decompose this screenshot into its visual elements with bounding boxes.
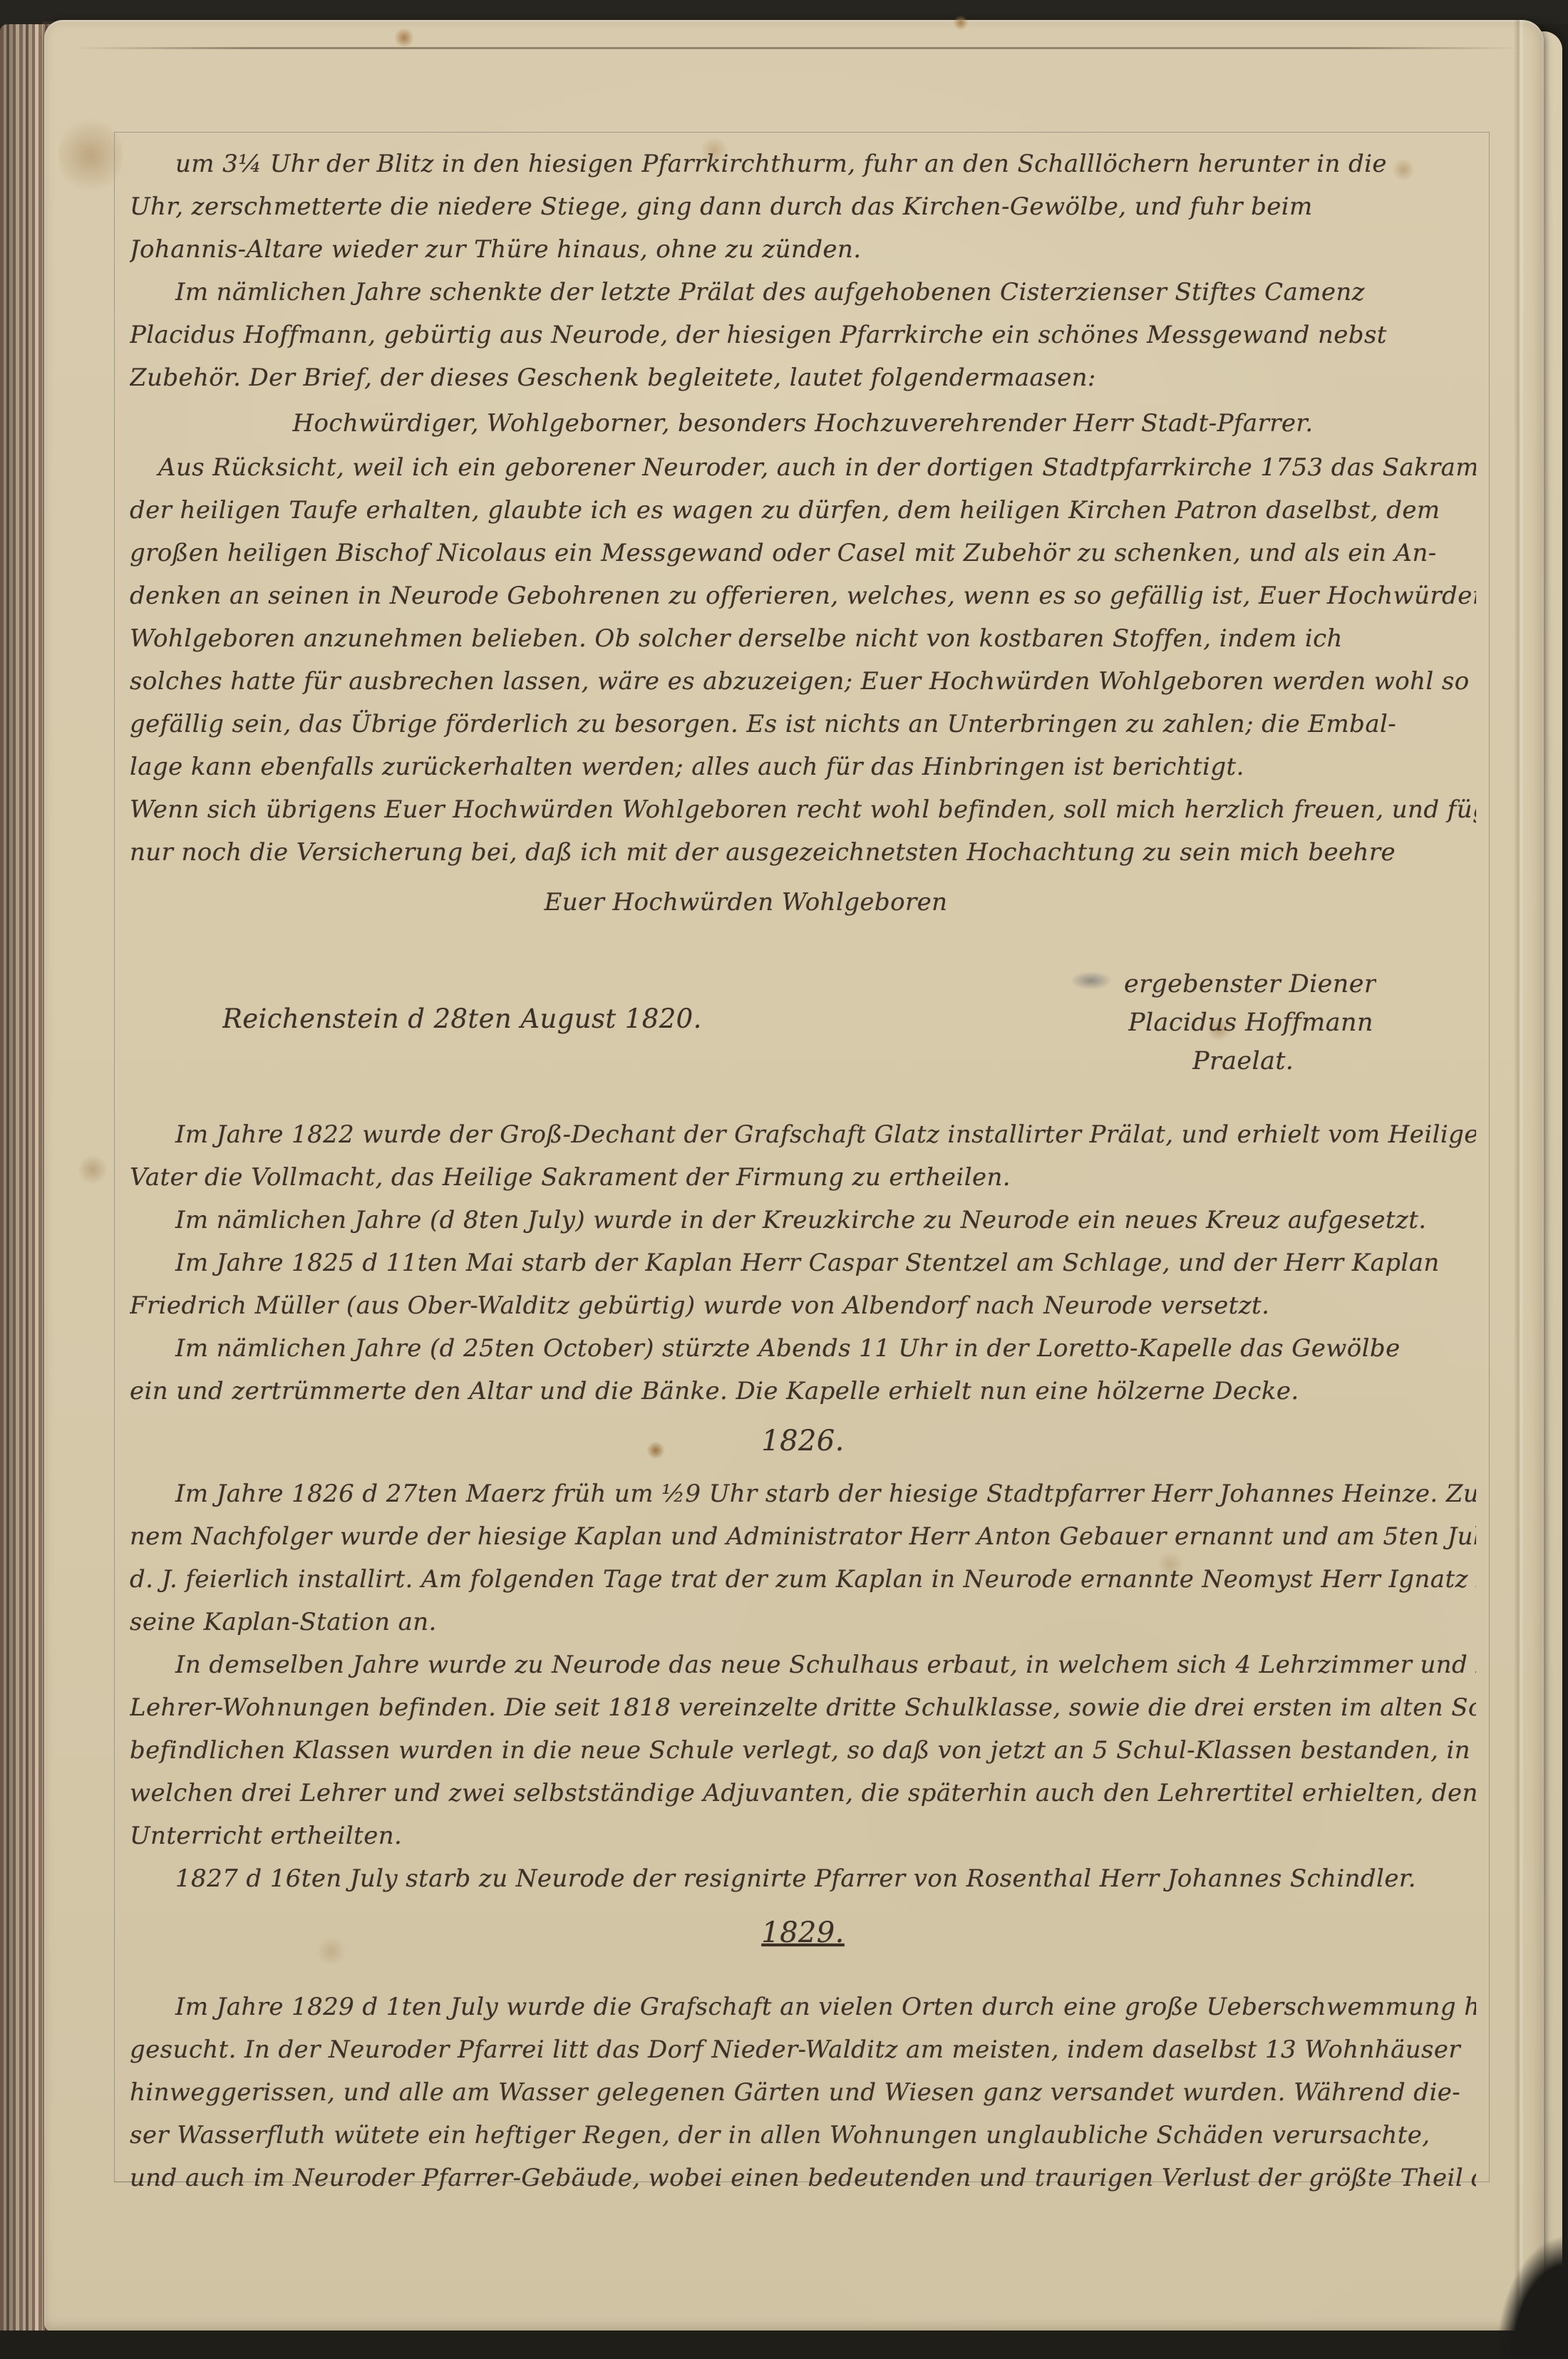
text-line: Im Jahre 1829 d 1ten July wurde die Graf… xyxy=(130,1986,1476,2028)
block-para: In demselben Jahre wurde zu Neurode das … xyxy=(130,1643,1476,1857)
text-line: nem Nachfolger wurde der hiesige Kaplan … xyxy=(130,1515,1476,1558)
block-para: Im nämlichen Jahre schenkte der letzte P… xyxy=(130,271,1476,399)
text-line: Euer Hochwürden Wohlgeboren xyxy=(130,881,1362,924)
text-line: solches hatte für ausbrechen lassen, wär… xyxy=(130,660,1476,703)
text-line: Im nämlichen Jahre schenkte der letzte P… xyxy=(130,271,1476,314)
block-signrow: Reichenstein d 28ten August 1820.ergeben… xyxy=(130,965,1476,1080)
text-line: und auch im Neuroder Pfarrer-Gebäude, wo… xyxy=(130,2157,1476,2197)
text-line: Im nämlichen Jahre (d 8ten July) wurde i… xyxy=(130,1199,1476,1242)
text-line: Friedrich Müller (aus Ober-Walditz gebür… xyxy=(130,1284,1476,1327)
block-heading: 1826. xyxy=(130,1420,1476,1462)
text-line: Unterricht ertheilten. xyxy=(130,1815,1476,1857)
text-line: befindlichen Klassen wurden in die neue … xyxy=(130,1729,1476,1772)
text-line: Im Jahre 1822 wurde der Groß-Dechant der… xyxy=(130,1113,1476,1156)
text-line: In demselben Jahre wurde zu Neurode das … xyxy=(130,1643,1476,1686)
text-line: Hochwürdiger, Wohlgeborner, besonders Ho… xyxy=(130,402,1476,445)
manuscript-text: um 3¼ Uhr der Blitz in den hiesigen Pfar… xyxy=(130,143,1476,2197)
block-para: Im Jahre 1825 d 11ten Mai starb der Kapl… xyxy=(130,1242,1476,1327)
block-para: Im Jahre 1822 wurde der Groß-Dechant der… xyxy=(130,1113,1476,1199)
page-top-edge-line xyxy=(73,47,1522,49)
text-line: Uhr, zerschmetterte die niedere Stiege, … xyxy=(130,185,1476,228)
text-line: Zubehör. Der Brief, der dieses Geschenk … xyxy=(130,356,1476,399)
text-line: gefällig sein, das Übrige förderlich zu … xyxy=(130,703,1476,745)
text-line: lage kann ebenfalls zurückerhalten werde… xyxy=(130,745,1476,788)
foxing-spot xyxy=(78,1153,107,1186)
dateline: Reichenstein d 28ten August 1820. xyxy=(222,998,702,1041)
block-para: Im nämlichen Jahre (d 25ten October) stü… xyxy=(130,1327,1476,1413)
text-line: ser Wasserfluth wütete ein heftiger Rege… xyxy=(130,2114,1476,2157)
text-line: Placidus Hoffmann, gebürtig aus Neurode,… xyxy=(130,314,1476,356)
year-heading: 1829. xyxy=(761,1916,845,1949)
text-line: d. J. feierlich installirt. Am folgenden… xyxy=(130,1558,1476,1601)
manuscript-page: um 3¼ Uhr der Blitz in den hiesigen Pfar… xyxy=(44,20,1544,2332)
block-closing: Euer Hochwürden Wohlgeboren xyxy=(130,881,1476,924)
signature-line: Placidus Hoffmann xyxy=(1128,1003,1376,1042)
signature-block: ergebenster DienerPlacidus HoffmannPrael… xyxy=(1124,965,1376,1080)
block-para: Im Jahre 1829 d 1ten July wurde die Graf… xyxy=(130,1986,1476,2197)
text-line: Lehrer-Wohnungen befinden. Die seit 1818… xyxy=(130,1686,1476,1729)
block-heading: 1829. xyxy=(130,1911,1476,1954)
text-line: Aus Rücksicht, weil ich ein geborener Ne… xyxy=(130,446,1476,489)
text-line: welchen drei Lehrer und zwei selbstständ… xyxy=(130,1772,1476,1815)
block-salutation: Hochwürdiger, Wohlgeborner, besonders Ho… xyxy=(130,402,1476,445)
year-heading: 1826. xyxy=(130,1420,1476,1462)
page-crease xyxy=(1514,20,1524,2332)
foxing-spot xyxy=(393,29,415,47)
text-line: hinweggerissen, und alle am Wasser geleg… xyxy=(130,2071,1476,2114)
text-line: Im nämlichen Jahre (d 25ten October) stü… xyxy=(130,1327,1476,1370)
text-line: Im Jahre 1826 d 27ten Maerz früh um ½9 U… xyxy=(130,1472,1476,1515)
photo-background-bottom xyxy=(0,2330,1568,2359)
text-line: 1827 d 16ten July starb zu Neurode der r… xyxy=(130,1857,1476,1900)
signature-line: Praelat. xyxy=(1192,1042,1376,1080)
text-line: Johannis-Altare wieder zur Thüre hinaus,… xyxy=(130,228,1476,271)
block-letterbody: Aus Rücksicht, weil ich ein geborener Ne… xyxy=(130,446,1476,874)
text-line: Vater die Vollmacht, das Heilige Sakrame… xyxy=(130,1156,1476,1199)
block-para: Im Jahre 1826 d 27ten Maerz früh um ½9 U… xyxy=(130,1472,1476,1643)
text-line: nur noch die Versicherung bei, daß ich m… xyxy=(130,831,1476,874)
text-line: großen heiligen Bischof Nicolaus ein Mes… xyxy=(130,532,1476,574)
text-line: Wohlgeboren anzunehmen belieben. Ob solc… xyxy=(130,617,1476,660)
signature-line: ergebenster Diener xyxy=(1124,965,1376,1003)
text-line: gesucht. In der Neuroder Pfarrei litt da… xyxy=(130,2028,1476,2071)
photo-background-corner xyxy=(1475,2188,1568,2359)
text-line: um 3¼ Uhr der Blitz in den hiesigen Pfar… xyxy=(130,143,1476,185)
scanned-book-photo: um 3¼ Uhr der Blitz in den hiesigen Pfar… xyxy=(0,0,1568,2359)
text-line: denken an seinen in Neurode Gebohrenen z… xyxy=(130,574,1476,617)
text-line: Wenn sich übrigens Euer Hochwürden Wohlg… xyxy=(130,788,1476,831)
block-para: Im nämlichen Jahre (d 8ten July) wurde i… xyxy=(130,1199,1476,1242)
text-line: seine Kaplan-Station an. xyxy=(130,1601,1476,1643)
text-line: Im Jahre 1825 d 11ten Mai starb der Kapl… xyxy=(130,1242,1476,1284)
text-line: der heiligen Taufe erhalten, glaubte ich… xyxy=(130,489,1476,532)
block-para: um 3¼ Uhr der Blitz in den hiesigen Pfar… xyxy=(130,143,1476,271)
block-para: 1827 d 16ten July starb zu Neurode der r… xyxy=(130,1857,1476,1900)
foxing-spot xyxy=(58,113,123,198)
text-line: ein und zertrümmerte den Altar und die B… xyxy=(130,1370,1476,1413)
